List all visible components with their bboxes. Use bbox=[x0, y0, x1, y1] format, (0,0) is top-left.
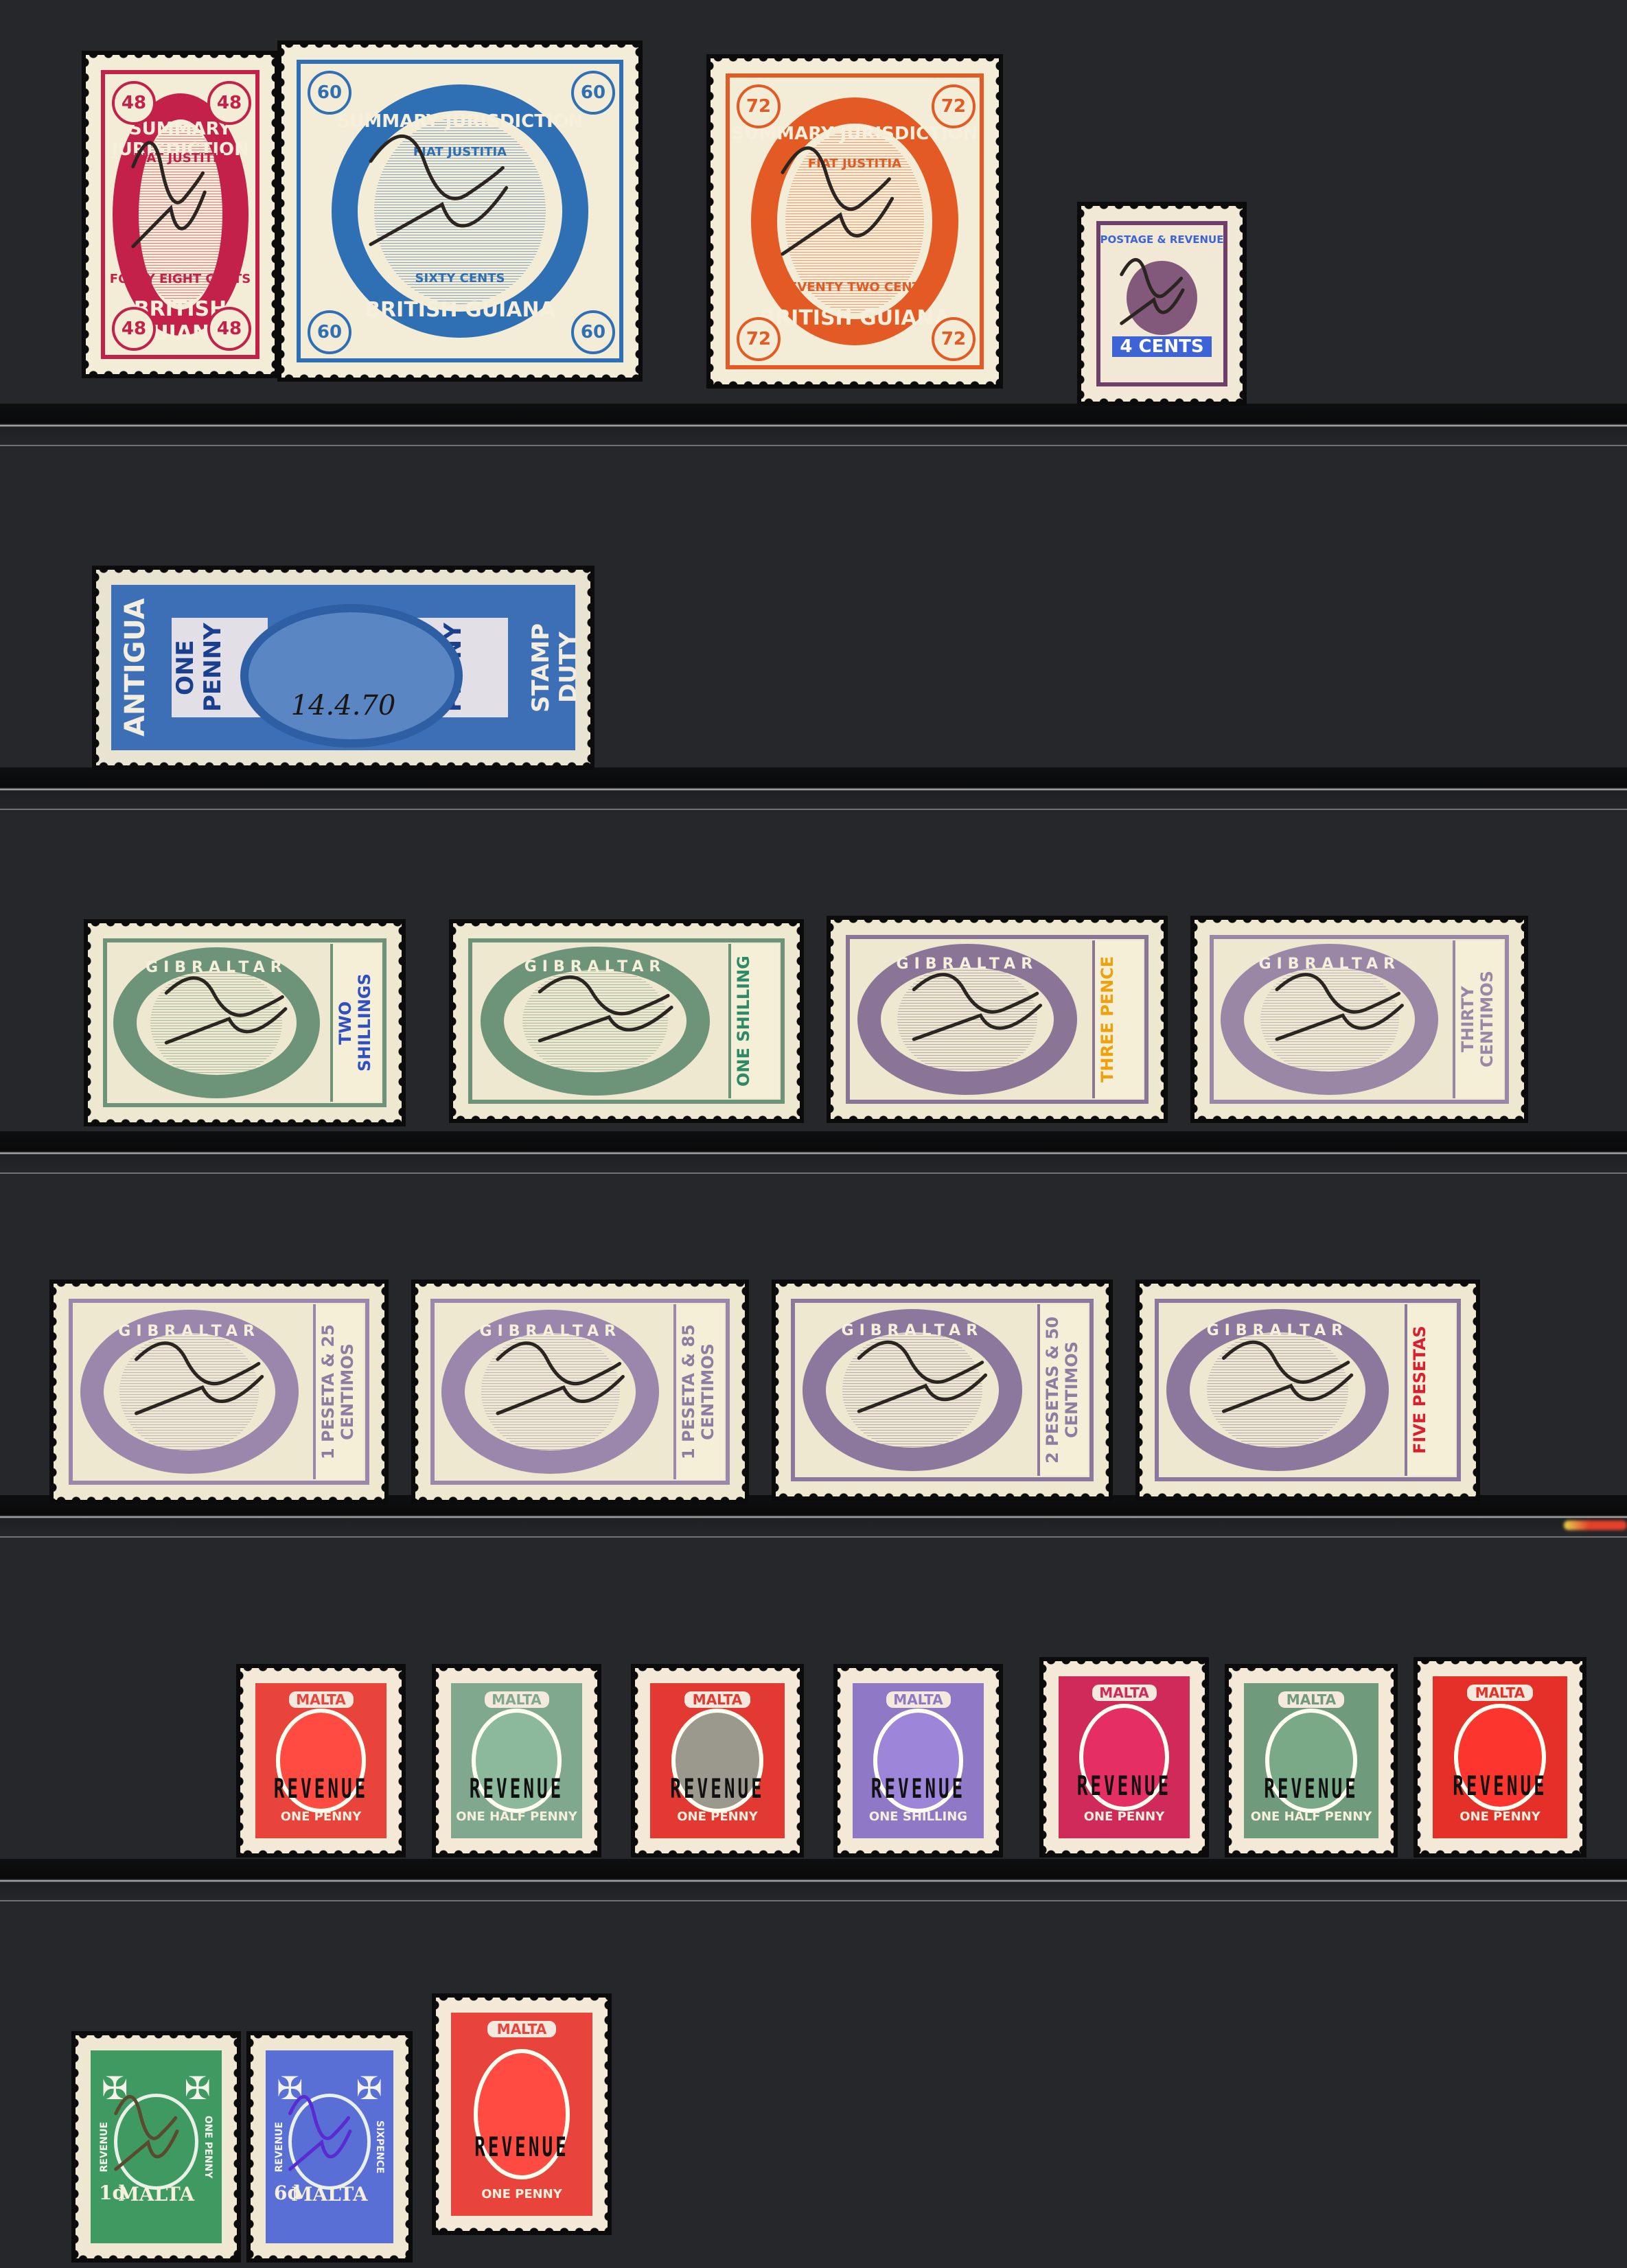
queen-portrait-icon bbox=[897, 964, 1037, 1075]
value-corner: 60 bbox=[571, 310, 615, 354]
stamp-motto: FIAT JUSTITIA bbox=[86, 151, 275, 165]
revenue-overprint: REVENUE bbox=[838, 1774, 999, 1805]
king-portrait-icon bbox=[288, 2094, 371, 2190]
stamp-malta-kgv-6d[interactable]: ✠✠REVENUESIXPENCEMALTA6d bbox=[251, 2035, 408, 2258]
stamp-value-words: 4 CENTS bbox=[1112, 336, 1212, 357]
stamp-top-text: GIBRALTAR bbox=[857, 956, 1077, 973]
stamp-malta-halfd-b[interactable]: MALTAREVENUEONE HALF PENNY bbox=[1229, 1668, 1394, 1853]
queen-portrait-icon bbox=[119, 1331, 258, 1452]
album-strip-divider bbox=[0, 404, 1627, 446]
stamp-bg-48[interactable]: SUMMARY JURISDICTIONFIAT JUSTITIAFORTY E… bbox=[86, 55, 275, 374]
value-corner: 72 bbox=[737, 84, 781, 128]
stamp-value-words: ONE SHILLING bbox=[838, 1809, 999, 1824]
stamp-value-words: 1 PESETA & 85 CENTIMOS bbox=[679, 1311, 722, 1472]
maltese-cross-icon: ✠ bbox=[356, 2070, 382, 2107]
stamp-country: MALTA bbox=[1092, 1685, 1157, 1701]
stamp-top-text: POSTAGE & REVENUE bbox=[1081, 233, 1243, 246]
value-corner: 72 bbox=[932, 317, 976, 361]
value-corner: 72 bbox=[737, 317, 781, 361]
stamp-value-words: ONE PENNY bbox=[240, 1809, 402, 1824]
stamp-top-text: GIBRALTAR bbox=[441, 1323, 659, 1340]
stamp-gib-1s[interactable]: GIBRALTARONE SHILLING bbox=[453, 923, 800, 1119]
album-strip-divider bbox=[0, 1495, 1627, 1538]
stamp-bg-60[interactable]: SUMMARY JURISDICTIONFIAT JUSTITIASIXTY C… bbox=[281, 45, 638, 378]
stamp-motto: FIAT JUSTITIA bbox=[711, 157, 999, 171]
stamp-value: 1d bbox=[99, 2182, 126, 2204]
ship-icon bbox=[1127, 261, 1197, 335]
stamp-value-words: ONE SHILLING bbox=[734, 951, 776, 1091]
stamp-antigua-1d[interactable]: ANTIGUASTAMP DUTYONE PENNYONE PENNY14.4.… bbox=[96, 570, 590, 765]
stamp-gib-2s[interactable]: GIBRALTARTWO SHILLINGS bbox=[88, 923, 402, 1122]
stamp-malta-1s[interactable]: MALTAREVENUEONE SHILLING bbox=[838, 1668, 999, 1853]
value-corner: 72 bbox=[932, 84, 976, 128]
stamp-value-words: ONE HALF PENNY bbox=[436, 1809, 597, 1824]
revenue-overprint: REVENUE bbox=[1418, 1772, 1582, 1803]
stamp-motto: FIAT JUSTITIA bbox=[281, 145, 638, 159]
stamp-value-words: ONE HALF PENNY bbox=[1229, 1809, 1394, 1824]
album-strip-divider bbox=[0, 1131, 1627, 1174]
maltese-cross-icon: ✠ bbox=[184, 2070, 211, 2107]
value-corner: 48 bbox=[207, 307, 251, 351]
stamp-value-words: THIRTY CENTIMOS bbox=[1458, 947, 1501, 1091]
stamp-country: MALTA bbox=[487, 2021, 556, 2037]
stamp-malta-1d-b[interactable]: MALTAREVENUEONE PENNY bbox=[635, 1668, 800, 1853]
queen-portrait-icon bbox=[1207, 1330, 1348, 1450]
stamp-value-words: SIXTY CENTS bbox=[281, 271, 638, 286]
revenue-overprint: REVENUE bbox=[240, 1774, 402, 1805]
queen-portrait-icon bbox=[842, 1330, 982, 1450]
stamp-malta-1d-a[interactable]: MALTAREVENUEONE PENNY bbox=[240, 1668, 402, 1853]
stamp-malta-1d-c[interactable]: MALTAREVENUEONE PENNY bbox=[1043, 1661, 1205, 1853]
stamp-bg-4c[interactable]: POSTAGE & REVENUE4 CENTS bbox=[1081, 206, 1243, 402]
queen-portrait-icon bbox=[522, 967, 668, 1076]
king-portrait-icon bbox=[114, 2094, 198, 2190]
queen-portrait-icon bbox=[240, 604, 463, 748]
stamp-gib-1p85[interactable]: GIBRALTAR1 PESETA & 85 CENTIMOS bbox=[415, 1284, 745, 1500]
stamp-top-text: GIBRALTAR bbox=[803, 1322, 1022, 1339]
stamp-malta-1d-d[interactable]: MALTAREVENUEONE PENNY bbox=[1418, 1661, 1582, 1853]
stamp-top-text: GIBRALTAR bbox=[113, 959, 321, 976]
value-corner: 48 bbox=[207, 81, 251, 125]
stamp-gib-2p50[interactable]: GIBRALTAR2 PESETAS & 50 CENTIMOS bbox=[776, 1284, 1109, 1496]
value-corner: 60 bbox=[308, 310, 351, 354]
album-strip-divider bbox=[0, 767, 1627, 810]
stamp-value-words: 1 PESETA & 25 CENTIMOS bbox=[319, 1311, 361, 1472]
manuscript-date: 14.4.70 bbox=[96, 690, 590, 721]
queen-portrait-icon bbox=[150, 967, 282, 1078]
revenue-overprint: REVENUE bbox=[436, 2133, 608, 2164]
value-corner: 48 bbox=[112, 307, 156, 351]
maltese-cross-icon: ✠ bbox=[102, 2070, 128, 2107]
stamp-country: MALTA bbox=[886, 1691, 951, 1708]
stamp-top-text: GIBRALTAR bbox=[1221, 956, 1438, 973]
stamp-value-words: ONE PENNY bbox=[436, 2187, 608, 2201]
stamp-top-text: GIBRALTAR bbox=[80, 1323, 299, 1340]
stamp-value-words: SEVENTY TWO CENTS bbox=[711, 280, 999, 294]
stamp-side-left: REVENUE bbox=[274, 2114, 295, 2181]
stamp-value-words: THREE PENCE bbox=[1098, 947, 1140, 1091]
revenue-overprint: REVENUE bbox=[1229, 1774, 1394, 1805]
stamp-country: MALTA bbox=[684, 1691, 750, 1708]
stamp-gib-3d[interactable]: GIBRALTARTHREE PENCE bbox=[831, 920, 1164, 1119]
stamp-country: MALTA bbox=[1278, 1691, 1344, 1708]
stamp-value-words: ONE PENNY bbox=[1043, 1809, 1205, 1824]
light-flare bbox=[1564, 1520, 1627, 1530]
queen-portrait-icon bbox=[1260, 964, 1399, 1075]
revenue-overprint: REVENUE bbox=[635, 1774, 800, 1805]
stamp-gib-1p25[interactable]: GIBRALTAR1 PESETA & 25 CENTIMOS bbox=[54, 1284, 384, 1500]
stamp-gib-5p[interactable]: GIBRALTARFIVE PESETAS bbox=[1140, 1284, 1476, 1496]
stamp-country: MALTA bbox=[1467, 1685, 1533, 1701]
stamp-malta-kgv-1d[interactable]: ✠✠REVENUEONE PENNYMALTA1d bbox=[76, 2035, 237, 2258]
stamp-bg-72[interactable]: SUMMARY JURISDICTIONFIAT JUSTITIASEVENTY… bbox=[711, 58, 999, 384]
stamp-malta-halfd-a[interactable]: MALTAREVENUEONE HALF PENNY bbox=[436, 1668, 597, 1853]
stamp-value-words: ONE PENNY bbox=[635, 1809, 800, 1824]
revenue-overprint: REVENUE bbox=[436, 1774, 597, 1805]
stamp-value-words: FORTY EIGHT CENTS bbox=[86, 272, 275, 286]
value-corner: 48 bbox=[112, 81, 156, 125]
stamp-malta-1d-e[interactable]: MALTAREVENUEONE PENNY bbox=[436, 1998, 608, 2231]
stamp-country: MALTA bbox=[289, 1691, 354, 1708]
stamp-value: 6d bbox=[274, 2182, 301, 2204]
stamp-value-words: 2 PESETAS & 50 CENTIMOS bbox=[1043, 1311, 1085, 1469]
stamp-top-text: SUMMARY JURISDICTION bbox=[281, 111, 638, 132]
stamp-top-text: GIBRALTAR bbox=[481, 958, 709, 975]
stamp-value-words: ONE PENNY bbox=[1418, 1809, 1582, 1824]
revenue-overprint: REVENUE bbox=[1043, 1772, 1205, 1803]
queen-portrait-icon bbox=[481, 1331, 620, 1452]
value-corner: 60 bbox=[571, 71, 615, 115]
stamp-side-right: ONE PENNY bbox=[193, 2114, 214, 2181]
stamp-top-text: GIBRALTAR bbox=[1166, 1322, 1388, 1339]
stamp-country: MALTA bbox=[485, 1691, 549, 1708]
stamp-value-words: TWO SHILLINGS bbox=[336, 951, 378, 1095]
maltese-cross-icon: ✠ bbox=[277, 2070, 303, 2107]
value-corner: 60 bbox=[308, 71, 351, 115]
stamp-gib-30c[interactable]: GIBRALTARTHIRTY CENTIMOS bbox=[1195, 920, 1524, 1119]
stamp-value-words: FIVE PESETAS bbox=[1410, 1311, 1453, 1469]
album-strip-divider bbox=[0, 1859, 1627, 1901]
stamp-side-right: SIXPENCE bbox=[365, 2114, 385, 2181]
stamp-side-left: REVENUE bbox=[99, 2114, 119, 2181]
